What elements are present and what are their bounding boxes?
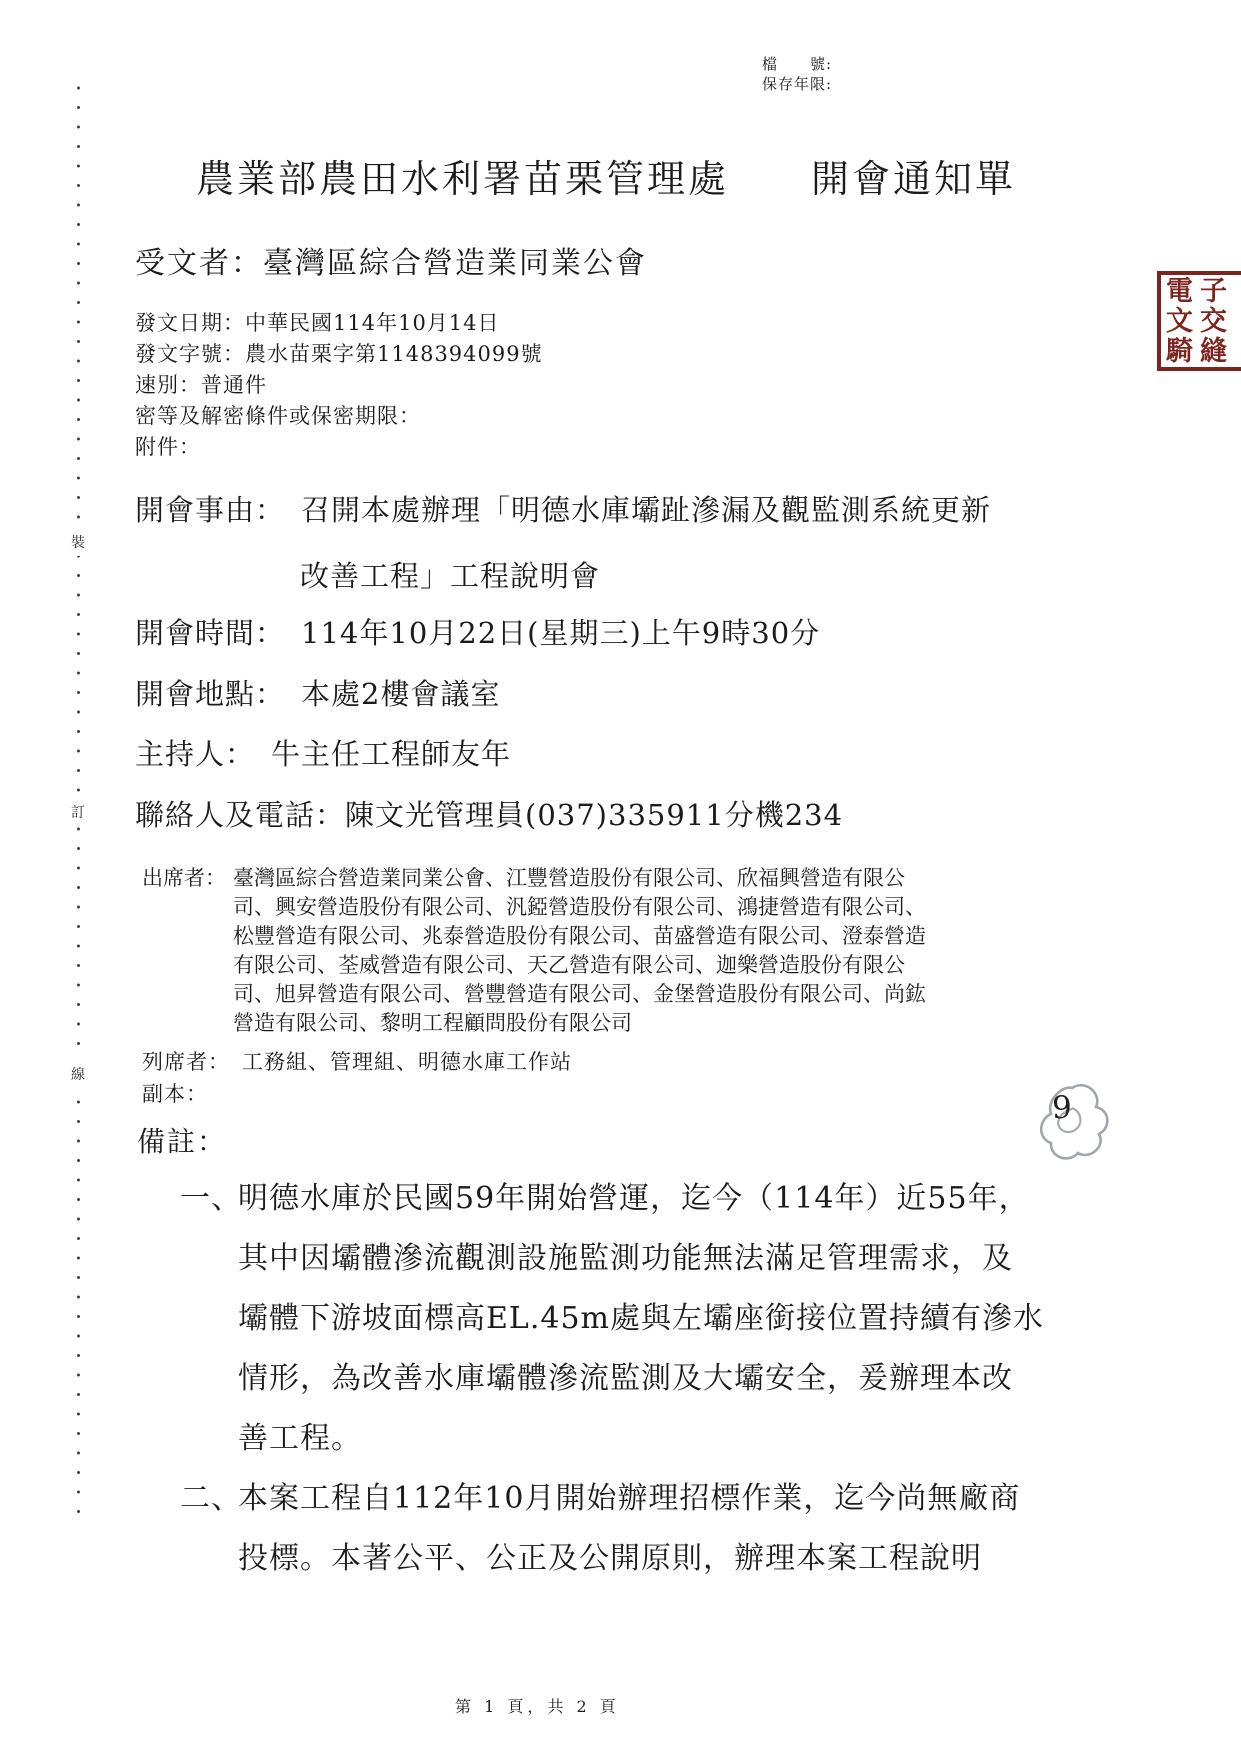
observers-row: 列席者：工務組、管理組、明德水庫工作站 bbox=[142, 1046, 572, 1076]
remark-1-text-1: 明德水庫於民國59年開始營運，迄今（114年）近55年， bbox=[238, 1173, 1030, 1217]
attendees-line-1: 臺灣區綜合營造業同業公會、江豐營造股份有限公司、欣福興營造有限公 bbox=[233, 864, 1152, 893]
contact-label: 聯絡人及電話： bbox=[135, 798, 345, 832]
observers-label: 列席者： bbox=[142, 1050, 230, 1074]
handwritten-digit: 9 bbox=[1052, 1090, 1072, 1126]
attendees-lines: 臺灣區綜合營造業同業公會、江豐營造股份有限公司、欣福興營造有限公 司、興安營造股… bbox=[233, 864, 1152, 1038]
attendees-label: 出席者： bbox=[142, 864, 226, 893]
remark-1-line-2: 其中因壩體滲流觀測設施監測功能無法滿足管理需求，及 bbox=[180, 1225, 1044, 1285]
attachment-row: 附件： bbox=[135, 432, 543, 463]
meeting-place-label: 開會地點： bbox=[135, 677, 285, 711]
meeting-subject-row: 開會事由：召開本處辦理「明德水庫壩趾滲漏及觀監測系統更新 bbox=[135, 488, 991, 529]
meeting-subject-line1: 召開本處辦理「明德水庫壩趾滲漏及觀監測系統更新 bbox=[301, 493, 991, 527]
attendees-line-4: 有限公司、荃威營造有限公司、天乙營造有限公司、迦樂營造股份有限公 bbox=[233, 951, 1152, 980]
binding-mark-ding: 訂 bbox=[69, 798, 87, 826]
binding-mark-zhuang: 裝 bbox=[69, 528, 87, 556]
remark-1-line-1: 一、明德水庫於民國59年開始營運，迄今（114年）近55年， bbox=[180, 1165, 1044, 1225]
meeting-subject-label: 開會事由： bbox=[135, 493, 285, 527]
meeting-time-value: 114年10月22日(星期三)上午9時30分 bbox=[301, 616, 820, 650]
priority-value: 普通件 bbox=[201, 373, 267, 397]
remark-2-text-1: 本案工程自112年10月開始辦理招標作業，迄今尚無廠商 bbox=[238, 1473, 1020, 1517]
security-row: 密等及解密條件或保密期限： bbox=[135, 401, 543, 432]
cc-row: 副本： bbox=[142, 1078, 208, 1108]
recipient-row: 受文者：臺灣區綜合營造業同業公會 bbox=[135, 238, 647, 282]
remarks-list: 一、明德水庫於民國59年開始營運，迄今（114年）近55年， 其中因壩體滲流觀測… bbox=[180, 1165, 1044, 1585]
issue-date-label: 發文日期： bbox=[135, 311, 245, 335]
remark-1-line-3: 壩體下游坡面標高EL.45m處與左壩座銜接位置持續有滲水 bbox=[180, 1285, 1044, 1345]
remark-1-line-4: 情形，為改善水庫壩體滲流監測及大壩安全，爰辦理本改 bbox=[180, 1345, 1044, 1405]
meeting-time-row: 開會時間：114年10月22日(星期三)上午9時30分 bbox=[135, 611, 820, 652]
stamp-row-2: 文交 bbox=[1166, 307, 1241, 337]
attendees-line-5: 司、旭昇營造有限公司、營豐營造有限公司、金堡營造股份有限公司、尚鈜 bbox=[233, 980, 1152, 1009]
attendees-line-3: 松豐營造有限公司、兆泰營造股份有限公司、苗盛營造有限公司、澄泰營造 bbox=[233, 922, 1152, 951]
attendees-block: 出席者： 臺灣區綜合營造業同業公會、江豐營造股份有限公司、欣福興營造有限公 司、… bbox=[142, 864, 1152, 1038]
scanned-meeting-notice-page: 裝 訂 線 檔 號: 保存年限: 農業部農田水利署苗栗管理處 開會通知單 受文者… bbox=[0, 0, 1241, 1754]
file-number-label: 檔 號: bbox=[762, 54, 832, 74]
issue-date-value: 中華民國114年10月14日 bbox=[245, 311, 500, 335]
page-footer: 第 1 頁，共 2 頁 bbox=[455, 1694, 620, 1717]
remark-2-line-1: 二、本案工程自112年10月開始辦理招標作業，迄今尚無廠商 bbox=[180, 1465, 1044, 1525]
recipient-value: 臺灣區綜合營造業同業公會 bbox=[263, 246, 647, 281]
page-title: 農業部農田水利署苗栗管理處 開會通知單 bbox=[196, 148, 1016, 203]
attendees-line-2: 司、興安營造股份有限公司、汎錏營造股份有限公司、鴻捷營造有限公司、 bbox=[233, 893, 1152, 922]
retention-period-label: 保存年限: bbox=[762, 74, 832, 94]
contact-row: 聯絡人及電話：陳文光管理員(037)335911分機234 bbox=[135, 793, 843, 834]
meeting-place-row: 開會地點：本處2樓會議室 bbox=[135, 672, 500, 713]
stamp-row-3: 騎縫 bbox=[1166, 337, 1241, 367]
priority-label: 速別： bbox=[135, 373, 201, 397]
meeting-place-value: 本處2樓會議室 bbox=[301, 677, 500, 711]
observers-value: 工務組、管理組、明德水庫工作站 bbox=[242, 1050, 572, 1074]
meeting-subject-continuation: 改善工程」工程說明會 bbox=[300, 554, 600, 595]
security-label: 密等及解密條件或保密期限： bbox=[135, 404, 421, 428]
meeting-chair-value: 牛主任工程師友年 bbox=[271, 737, 511, 771]
electronic-exchange-stamp: 電子 文交 騎縫 bbox=[1157, 271, 1241, 371]
attendees-line-6: 營造有限公司、黎明工程顧問股份有限公司 bbox=[233, 1009, 1152, 1038]
remark-2-number: 二、 bbox=[180, 1473, 238, 1517]
recipient-label: 受文者： bbox=[135, 246, 263, 281]
attachment-label: 附件： bbox=[135, 435, 201, 459]
binding-mark-xian: 線 bbox=[69, 1060, 87, 1088]
archival-header: 檔 號: 保存年限: bbox=[762, 54, 832, 94]
doc-number-label: 發文字號： bbox=[135, 342, 245, 366]
stamp-row-1: 電子 bbox=[1166, 277, 1241, 307]
remark-1-number: 一、 bbox=[180, 1173, 238, 1217]
doc-info-block: 發文日期：中華民國114年10月14日 發文字號：農水苗栗字第114839409… bbox=[135, 308, 543, 463]
meeting-time-label: 開會時間： bbox=[135, 616, 285, 650]
remarks-label: 備註： bbox=[137, 1120, 227, 1160]
priority-row: 速別：普通件 bbox=[135, 370, 543, 401]
remark-2-line-2: 投標。本著公平、公正及公開原則，辦理本案工程說明 bbox=[180, 1525, 1044, 1585]
doc-number-value: 農水苗栗字第1148394099號 bbox=[245, 342, 543, 366]
meeting-chair-row: 主持人：牛主任工程師友年 bbox=[135, 732, 511, 773]
doc-number-row: 發文字號：農水苗栗字第1148394099號 bbox=[135, 339, 543, 370]
meeting-chair-label: 主持人： bbox=[135, 737, 255, 771]
contact-value: 陳文光管理員(037)335911分機234 bbox=[345, 798, 843, 832]
issue-date-row: 發文日期：中華民國114年10月14日 bbox=[135, 308, 543, 339]
remark-1-line-5: 善工程。 bbox=[180, 1405, 1044, 1465]
